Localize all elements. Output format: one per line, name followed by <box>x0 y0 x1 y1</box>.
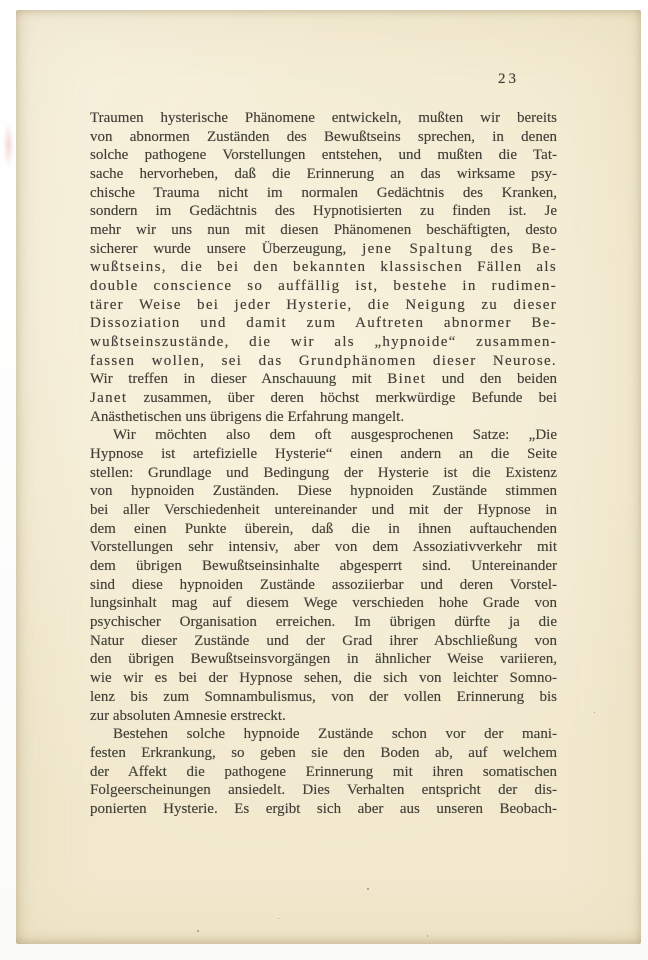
text-run: solche pathogene Vorstellungen entstehen… <box>90 147 557 163</box>
text-run: sind diese hypnoiden Zustände assoziierb… <box>90 577 557 593</box>
text-line: Natur dieser Zustände und der Grad ihrer… <box>90 632 557 651</box>
text-run: Wir möchten also dem oft ausgesprochenen… <box>113 427 557 443</box>
text-line: Vorstellungen sehr intensiv, aber von de… <box>90 538 557 557</box>
text-run: sondern im Gedächtnis des Hypnotisierten… <box>90 203 557 219</box>
text-line: chische Trauma nicht im normalen Gedächt… <box>90 184 557 203</box>
text-line: lenz bis zum Somnambulismus, von der vol… <box>90 688 557 707</box>
page-number: 23 <box>498 71 519 88</box>
text-line: solche pathogene Vorstellungen entstehen… <box>90 146 557 165</box>
text-run: Natur dieser Zustände und der Grad ihrer… <box>90 633 557 649</box>
text-line: wußtseinszustände, die wir als „hypnoide… <box>90 333 557 352</box>
text-run: double conscience so auffällig ist, best… <box>90 278 557 294</box>
text-line: bei aller Verschiedenheit untereinander … <box>90 501 557 520</box>
text-run: Anästhetischen uns übrigens die Erfahrun… <box>90 409 404 425</box>
text-run: Dissoziation und damit zum Auftreten abn… <box>90 315 557 331</box>
text-run: sicherer wurde unsere Überzeugung, <box>90 241 362 257</box>
text-run: Traumen hysterische Phänomene entwickeln… <box>90 110 557 126</box>
text-run: zur absoluten Amnesie erstreckt. <box>90 708 286 724</box>
text-run: festen Erkrankung, so geben sie den Bode… <box>90 745 557 761</box>
text-run: stellen: Grundlage und Bedingung der Hys… <box>90 465 557 481</box>
text-run: sache hervorheben, daß die Erinnerung an… <box>90 166 557 182</box>
text-run: dem übrigen Bewußtseinsinhalte abgesperr… <box>90 558 557 574</box>
text-run: den übrigen Bewußtseinsvorgängen in ähnl… <box>90 651 557 667</box>
text-run: bei aller Verschiedenheit untereinander … <box>90 502 557 518</box>
dust-speck <box>594 712 595 713</box>
text-line: double conscience so auffällig ist, best… <box>90 277 557 296</box>
text-run: von abnormen Zuständen des Bewußtseins s… <box>90 129 557 145</box>
dust-speck <box>427 935 428 937</box>
text-run: wußtseinszustände, die wir als „hypnoide… <box>90 334 557 350</box>
text-run: tärer Weise bei jeder Hysterie, die Neig… <box>90 297 557 313</box>
text-line: den übrigen Bewußtseinsvorgängen in ähnl… <box>90 650 557 669</box>
text-line: festen Erkrankung, so geben sie den Bode… <box>90 744 557 763</box>
text-run: Janet <box>90 390 127 406</box>
text-line: ponierten Hysterie. Es ergibt sich aber … <box>90 800 557 819</box>
text-line: Wir möchten also dem oft ausgesprochenen… <box>90 426 557 445</box>
text-run: Hypnose ist artefizielle Hysterie“ einen… <box>90 446 557 462</box>
text-line: mehr wir uns nun mit diesen Phänomenen b… <box>90 221 557 240</box>
text-line: wußtseins, die bei den bekannten klassis… <box>90 258 557 277</box>
text-run: zusammen, über deren höchst merkwürdige … <box>127 390 557 406</box>
dust-speck <box>367 888 369 890</box>
text-line: Traumen hysterische Phänomene entwickeln… <box>90 109 557 128</box>
scan-smudge <box>3 122 14 168</box>
text-line: Bestehen solche hypnoide Zustände schon … <box>90 725 557 744</box>
text-run: wußtseins, die bei den bekannten klassis… <box>90 259 557 275</box>
text-line: dem einen Punkte überein, daß die in ihn… <box>90 520 557 539</box>
text-line: lungsinhalt mag auf diesem Wege verschie… <box>90 594 557 613</box>
text-line: Janet zusammen, über deren höchst merkwü… <box>90 389 557 408</box>
dust-speck <box>197 930 199 932</box>
text-run: Wir treffen in dieser Anschauung mit <box>90 371 387 387</box>
text-line: sondern im Gedächtnis des Hypnotisierten… <box>90 202 557 221</box>
text-line: Dissoziation und damit zum Auftreten abn… <box>90 314 557 333</box>
text-run: dem einen Punkte überein, daß die in ihn… <box>90 521 557 537</box>
text-run: psychischer Organisation erreichen. Im ü… <box>90 614 557 630</box>
text-line: psychischer Organisation erreichen. Im ü… <box>90 613 557 632</box>
text-line: wie wir es bei der Hypnose sehen, die si… <box>90 669 557 688</box>
text-line: von abnormen Zuständen des Bewußtseins s… <box>90 128 557 147</box>
text-run: lungsinhalt mag auf diesem Wege verschie… <box>90 595 557 611</box>
text-line: Hypnose ist artefizielle Hysterie“ einen… <box>90 445 557 464</box>
page-text: Traumen hysterische Phänomene entwickeln… <box>90 109 557 819</box>
text-line: der Affekt die pathogene Erinnerung mit … <box>90 763 557 782</box>
text-run: Binet <box>387 371 426 387</box>
text-line: tärer Weise bei jeder Hysterie, die Neig… <box>90 296 557 315</box>
scan-surround: 23 Traumen hysterische Phänomene entwick… <box>0 0 648 960</box>
text-run: der Affekt die pathogene Erinnerung mit … <box>90 764 557 780</box>
text-run: ponierten Hysterie. Es ergibt sich aber … <box>90 801 557 817</box>
text-run: Folgeerscheinungen ansiedelt. Dies Verha… <box>90 782 557 798</box>
text-run: und den beiden <box>426 371 557 387</box>
text-line: sind diese hypnoiden Zustände assoziierb… <box>90 576 557 595</box>
text-line: sicherer wurde unsere Überzeugung, jene … <box>90 240 557 259</box>
text-line: dem übrigen Bewußtseinsinhalte abgesperr… <box>90 557 557 576</box>
text-run: lenz bis zum Somnambulismus, von der vol… <box>90 689 557 705</box>
text-run: fassen wollen, sei das Grundphänomen die… <box>90 353 557 369</box>
text-run: Vorstellungen sehr intensiv, aber von de… <box>90 539 557 555</box>
book-page: 23 Traumen hysterische Phänomene entwick… <box>16 10 641 944</box>
text-line: zur absoluten Amnesie erstreckt. <box>90 707 557 726</box>
text-run: Bestehen solche hypnoide Zustände schon … <box>113 726 557 742</box>
dust-speck <box>278 918 279 919</box>
text-run: mehr wir uns nun mit diesen Phänomenen b… <box>90 222 557 238</box>
text-line: fassen wollen, sei das Grundphänomen die… <box>90 352 557 371</box>
text-run: wie wir es bei der Hypnose sehen, die si… <box>90 670 557 686</box>
text-line: stellen: Grundlage und Bedingung der Hys… <box>90 464 557 483</box>
text-run: von hypnoiden Zuständen. Diese hypnoiden… <box>90 483 557 499</box>
text-line: Wir treffen in dieser Anschauung mit Bin… <box>90 370 557 389</box>
text-line: Anästhetischen uns übrigens die Erfahrun… <box>90 408 557 427</box>
text-line: Folgeerscheinungen ansiedelt. Dies Verha… <box>90 781 557 800</box>
text-run: chische Trauma nicht im normalen Gedächt… <box>90 185 557 201</box>
text-line: sache hervorheben, daß die Erinnerung an… <box>90 165 557 184</box>
text-run: jene Spaltung des Be- <box>362 241 557 257</box>
text-line: von hypnoiden Zuständen. Diese hypnoiden… <box>90 482 557 501</box>
